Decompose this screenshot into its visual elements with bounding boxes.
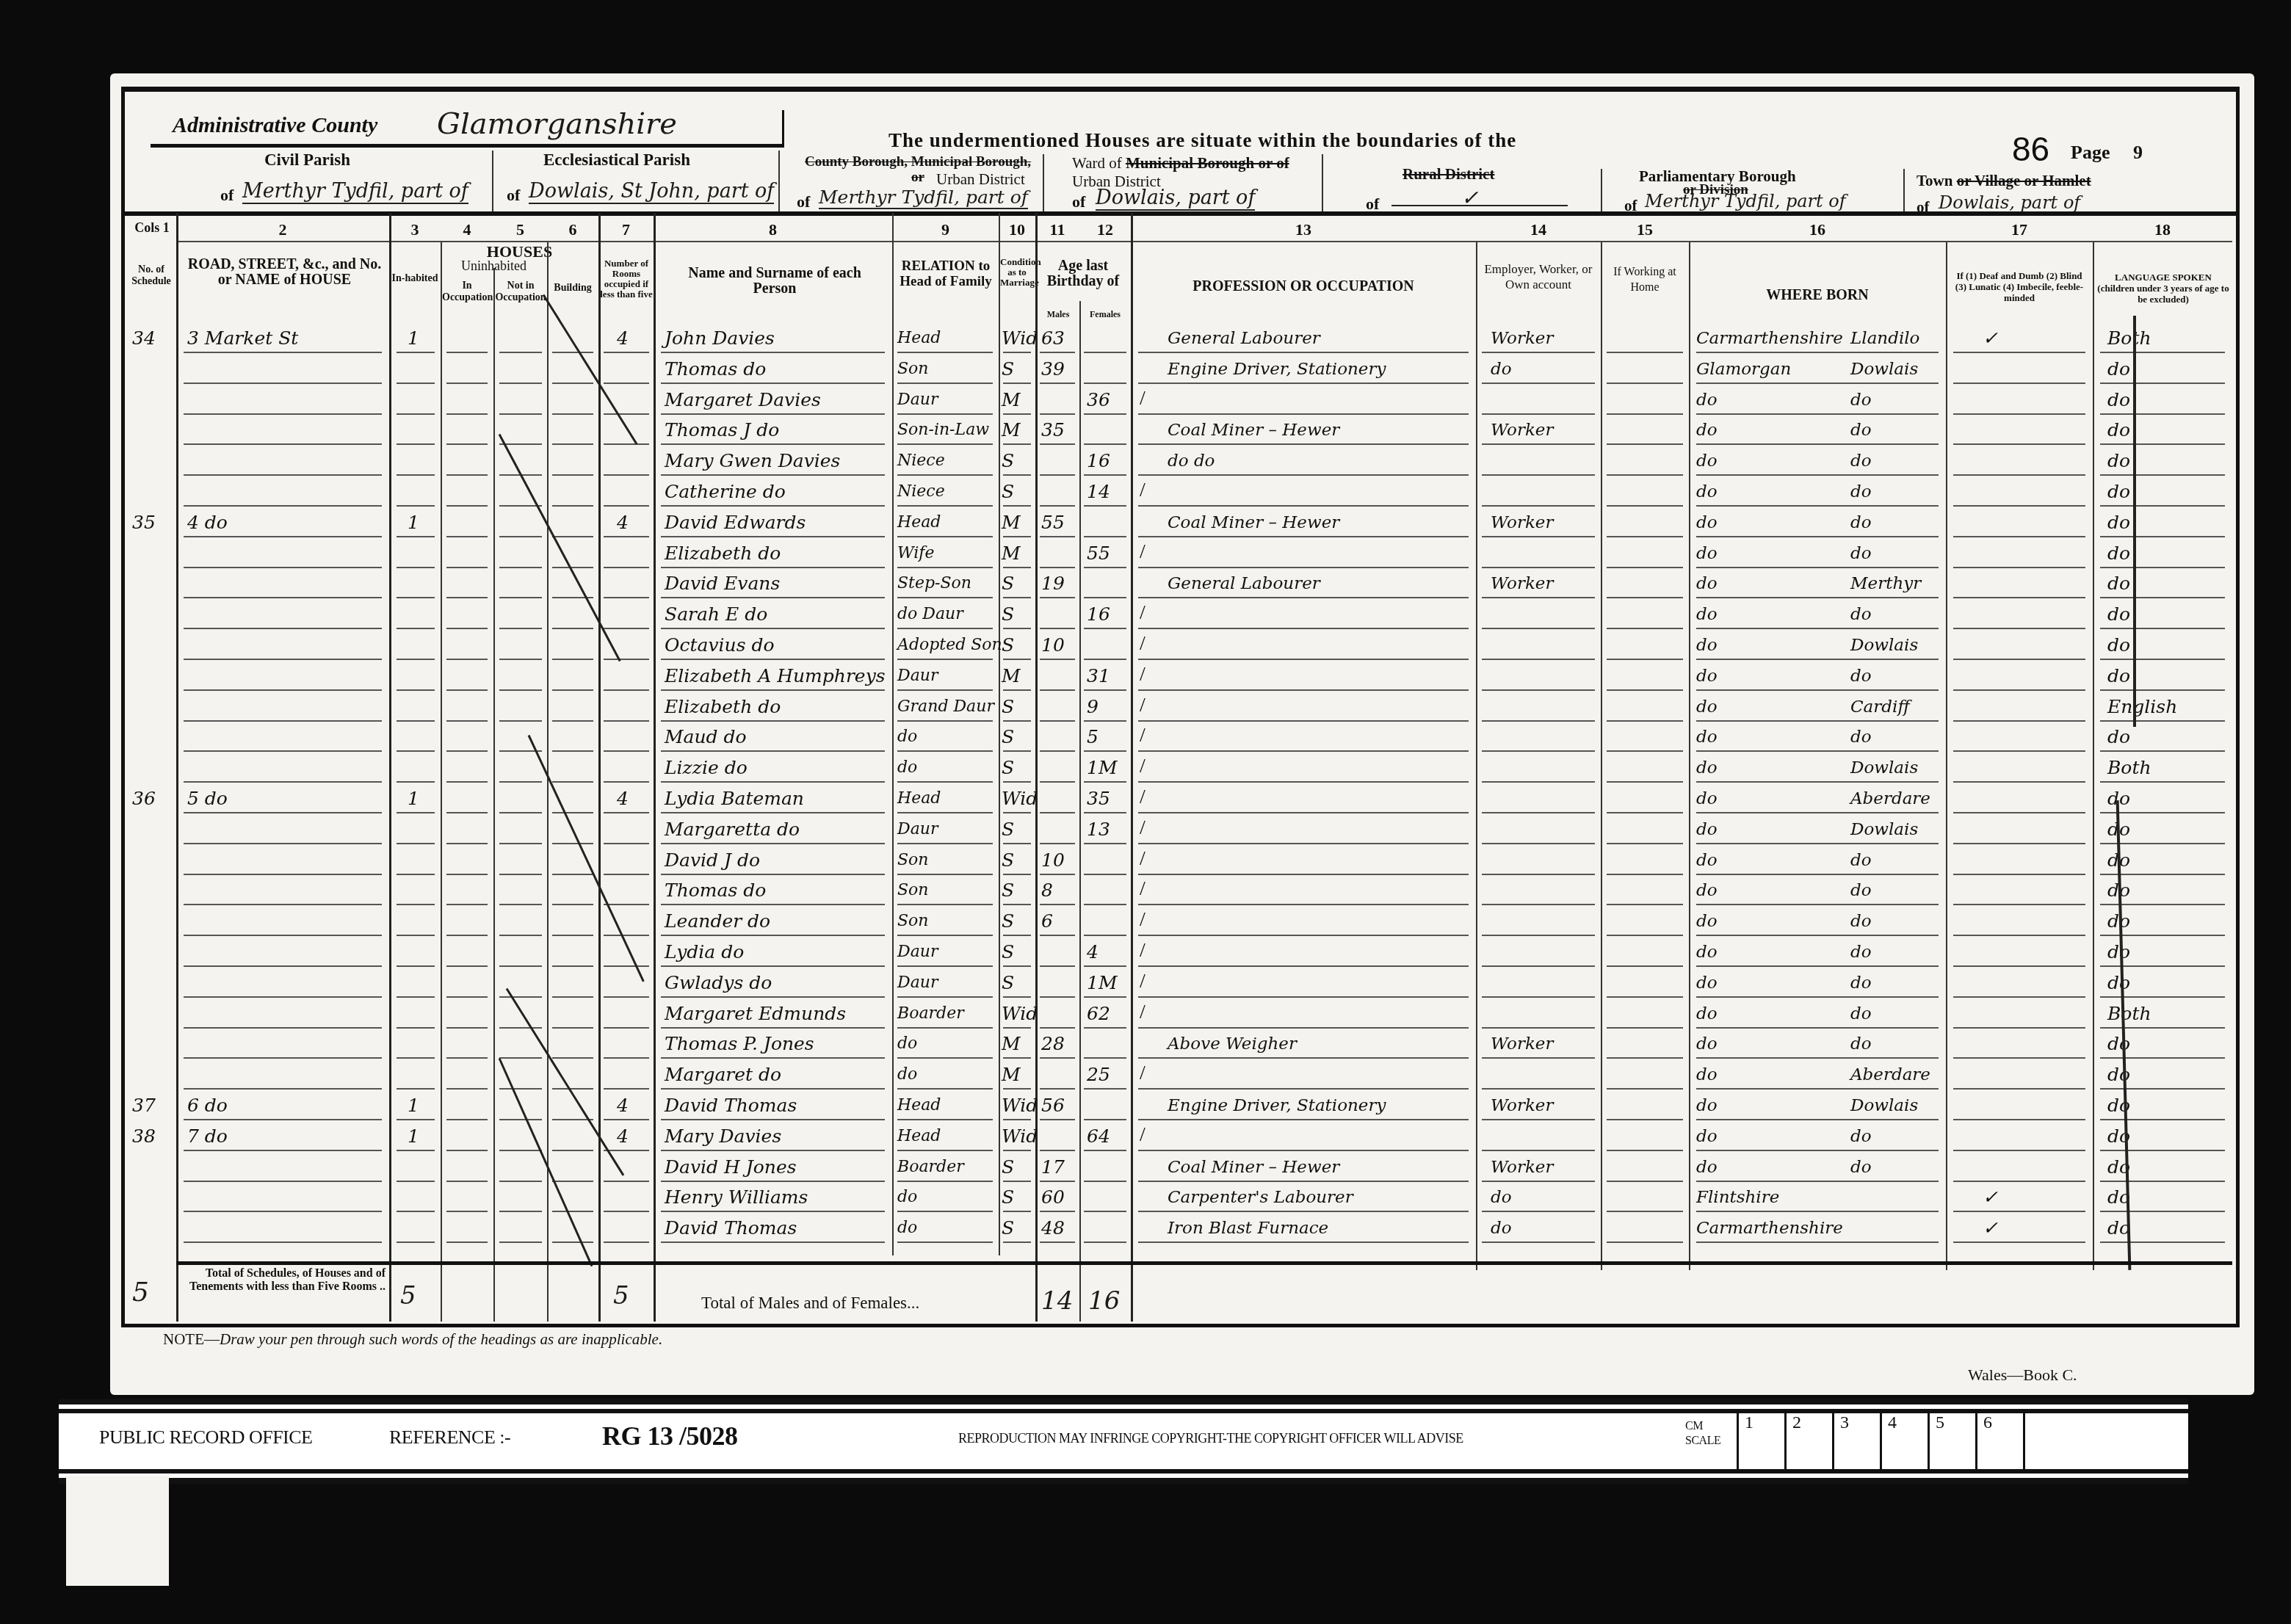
row-relation: Head: [897, 786, 941, 811]
row-age-female: 4: [1087, 940, 1099, 965]
row-rule: [1084, 781, 1126, 783]
row-rule: [604, 935, 649, 936]
row-rule: [1696, 1150, 1939, 1151]
row-employer: Worker: [1491, 326, 1553, 351]
row-rule: [1953, 597, 2085, 598]
row-name: Catherine do: [665, 479, 786, 504]
row-rule: [397, 874, 435, 875]
row-rule: [1953, 904, 2085, 905]
row-condition: S: [1002, 479, 1014, 504]
row-rule: [1482, 536, 1595, 537]
row-rule: [1084, 750, 1126, 752]
row-rule: [604, 689, 649, 691]
row-rule: [897, 843, 993, 844]
row-rule: [661, 812, 885, 813]
row-rule: [1696, 935, 1939, 936]
row-rule: [446, 812, 488, 813]
row-rule: [897, 628, 993, 629]
row-rule: [1953, 1027, 2085, 1029]
row-rule: [184, 474, 382, 476]
row-rule: [1084, 659, 1126, 660]
row-address: 7 do: [187, 1124, 228, 1149]
row-age-male: 35: [1041, 418, 1065, 443]
row-rule: [2100, 1088, 2225, 1090]
row-rooms: 4: [617, 510, 629, 535]
row-rule: [1003, 413, 1031, 415]
col-num: 13: [1131, 220, 1476, 239]
row-rule: [1084, 1119, 1126, 1120]
row-rule: [1607, 720, 1683, 722]
row-rule: [1138, 413, 1469, 415]
row-rule: [2100, 1150, 2225, 1151]
row-rule: [1953, 874, 2085, 875]
row-rule: [661, 1150, 885, 1151]
row-relation: Step-Son: [897, 571, 971, 596]
totals-schedules-label: Total of Schedules, of Houses and of Ten…: [180, 1267, 386, 1294]
row-rule: [1696, 536, 1939, 537]
row-name: Margaret Davies: [665, 388, 821, 413]
row-name: Thomas P. Jones: [665, 1032, 814, 1056]
row-rule: [499, 843, 542, 844]
row-rule: [1138, 843, 1469, 844]
row-age-male: 6: [1041, 909, 1053, 934]
row-rule: [1138, 1241, 1469, 1243]
row-born-county: do: [1696, 1155, 1718, 1180]
row-rule: [1084, 1057, 1126, 1059]
row-condition: S: [1002, 633, 1014, 658]
row-rule: [897, 383, 993, 384]
row-age-female: 64: [1087, 1124, 1110, 1149]
row-rule: [1040, 1150, 1075, 1151]
row-rule: [1138, 1211, 1469, 1212]
occupation-blank-tick: /: [1140, 386, 1145, 411]
row-occupation: Engine Driver, Stationery: [1168, 357, 1386, 382]
row-rule: [1696, 965, 1939, 967]
heading-building: Building: [549, 280, 597, 296]
row-rule: [1607, 996, 1683, 998]
row-rule: [1138, 935, 1469, 936]
row-name: Elizabeth do: [665, 541, 781, 566]
col-num: 6: [547, 220, 598, 239]
row-rule: [184, 750, 382, 752]
row-rule: [1040, 904, 1075, 905]
row-rule: [604, 965, 649, 967]
row-rule: [1003, 597, 1031, 598]
occupation-blank-tick: /: [1140, 662, 1145, 687]
row-rule: [897, 1119, 993, 1120]
row-rule: [184, 443, 382, 445]
row-age-male: 10: [1041, 633, 1065, 658]
row-born-county: do: [1696, 602, 1718, 627]
row-condition: S: [1002, 449, 1014, 474]
row-born-county: do: [1696, 909, 1718, 934]
row-age-female: 55: [1087, 541, 1110, 566]
row-occupation: Iron Blast Furnace: [1168, 1216, 1328, 1241]
row-rule: [1003, 781, 1031, 783]
row-born-place: do: [1850, 940, 1872, 965]
row-occupation: Coal Miner – Hewer: [1168, 418, 1339, 443]
row-rule: [604, 1211, 649, 1212]
row-rule: [2100, 1057, 2225, 1059]
row-rule: [1040, 1241, 1075, 1243]
col-num: 4: [441, 220, 493, 239]
row-rule: [397, 904, 435, 905]
row-rule: [1003, 1150, 1031, 1151]
row-rule: [184, 1241, 382, 1243]
table-row: David J doSonS10dododo/: [0, 845, 2107, 875]
row-rule: [1696, 1119, 1939, 1120]
row-rule: [1482, 781, 1595, 783]
row-rule: [897, 659, 993, 660]
col-num: 16: [1689, 220, 1946, 239]
row-rule: [1953, 443, 2085, 445]
scale-tick: 6: [1977, 1413, 1992, 1432]
row-age-male: 28: [1041, 1032, 1065, 1056]
row-condition: Wid: [1002, 786, 1038, 811]
row-rule: [1084, 628, 1126, 629]
row-rule: [1696, 781, 1939, 783]
row-born-place: Cardiff: [1850, 695, 1910, 719]
row-rule: [1040, 474, 1075, 476]
row-born-place: do: [1850, 1032, 1872, 1056]
row-relation: do: [897, 1185, 917, 1210]
row-rule: [446, 1088, 488, 1090]
row-language: do: [2107, 510, 2130, 535]
row-rule: [397, 536, 435, 537]
row-rule: [184, 812, 382, 813]
ecclesiastical-parish-field: Ecclesiastical Parish of Dowlais, St Joh…: [499, 151, 780, 213]
row-rule: [1138, 505, 1469, 507]
row-occupation: Engine Driver, Stationery: [1168, 1093, 1386, 1118]
row-rule: [897, 965, 993, 967]
row-rule: [1003, 843, 1031, 844]
row-rule: [397, 352, 435, 353]
row-rule: [1953, 413, 2085, 415]
row-employer: Worker: [1491, 1032, 1553, 1056]
heading-not-in-occupation: Not in Occupation: [495, 280, 546, 304]
row-rule: [1040, 597, 1075, 598]
table-row: Catherine doNieceS14dododo/: [0, 476, 2107, 507]
row-rule: [604, 628, 649, 629]
row-rule: [1003, 567, 1031, 568]
row-rule: [1953, 1150, 2085, 1151]
note: NOTE—Draw your pen through such words of…: [163, 1330, 662, 1349]
row-born-county: do: [1696, 1062, 1718, 1087]
row-rule: [1040, 996, 1075, 998]
row-relation: Boarder: [897, 1001, 964, 1026]
row-rule: [1696, 812, 1939, 813]
row-rule: [1953, 996, 2085, 998]
row-rule: [1482, 874, 1595, 875]
row-rule: [1696, 383, 1939, 384]
row-rule: [1607, 536, 1683, 537]
row-rule: [604, 750, 649, 752]
row-rule: [1953, 1119, 2085, 1120]
row-rule: [1482, 413, 1595, 415]
row-rule: [2100, 567, 2225, 568]
row-rule: [446, 1181, 488, 1182]
row-born-county: do: [1696, 1093, 1718, 1118]
row-rule: [1003, 935, 1031, 936]
row-condition: M: [1002, 388, 1021, 413]
row-condition: S: [1002, 725, 1014, 750]
row-born-county: do: [1696, 971, 1718, 996]
row-rule: [1482, 1119, 1595, 1120]
table-row: Margaretta doDaurS13doDowlaisdo/: [0, 814, 2107, 844]
table-row: Margaret EdmundsBoarderWid62dodoBoth/: [0, 998, 2107, 1029]
row-age-male: 17: [1041, 1155, 1065, 1180]
row-language: do: [2107, 388, 2130, 413]
row-rule: [397, 720, 435, 722]
row-rule: [552, 965, 593, 967]
row-rule: [446, 781, 488, 783]
row-relation: Wife: [897, 541, 934, 566]
row-language: do: [2107, 541, 2130, 566]
row-rule: [2100, 659, 2225, 660]
row-age-female: 5: [1087, 725, 1099, 750]
row-relation: Daur: [897, 388, 938, 413]
row-rule: [552, 874, 593, 875]
book-label: Wales—Book C.: [1968, 1366, 2077, 1385]
row-rule: [184, 843, 382, 844]
row-relation: do: [897, 1032, 917, 1056]
row-born-place: do: [1850, 971, 1872, 996]
occupation-blank-tick: /: [1140, 969, 1145, 994]
heading-houses-group: HOUSES: [441, 244, 598, 259]
row-relation: Adopted Son: [897, 633, 1002, 658]
occupation-blank-tick: /: [1140, 754, 1145, 779]
occupation-blank-tick: /: [1140, 540, 1145, 565]
row-rule: [552, 567, 593, 568]
row-rule: [446, 352, 488, 353]
table-row: Maud dodoS5dododo/: [0, 722, 2107, 752]
row-age-female: 14: [1087, 479, 1110, 504]
row-rule: [1003, 628, 1031, 629]
row-rule: [1696, 1057, 1939, 1059]
totals-divider: [176, 1261, 2232, 1265]
row-rule: [2100, 965, 2225, 967]
row-rule: [2100, 1211, 2225, 1212]
row-rule: [897, 1088, 993, 1090]
row-age-female: 1M: [1087, 755, 1118, 780]
row-rule: [897, 689, 993, 691]
row-rule: [1607, 443, 1683, 445]
row-age-male: 19: [1041, 571, 1065, 596]
row-schedule: 35: [132, 510, 156, 535]
row-rule: [1084, 720, 1126, 722]
table-row: Elizabeth doGrand DaurS9doCardiffEnglish…: [0, 692, 2107, 722]
row-rule: [897, 536, 993, 537]
row-rule: [499, 659, 542, 660]
row-rule: [446, 413, 488, 415]
row-rule: [397, 935, 435, 936]
row-rule: [1607, 474, 1683, 476]
row-inhabited: 1: [408, 510, 419, 535]
table-row: Thomas J doSon-in-LawM35Coal Miner – Hew…: [0, 415, 2107, 445]
row-rule: [1003, 474, 1031, 476]
row-rule: [499, 720, 542, 722]
heading-occupation: PROFESSION OR OCCUPATION: [1145, 279, 1461, 294]
totals-males-females-label: Total of Males and of Females...: [701, 1294, 919, 1313]
heading-infirmity: If (1) Deaf and Dumb (2) Blind (3) Lunat…: [1950, 270, 2088, 303]
table-row: Mary Gwen DaviesNieceS16do dodododo: [0, 446, 2107, 476]
row-rule: [661, 352, 885, 353]
row-language: do: [2107, 664, 2130, 689]
row-born-county: do: [1696, 418, 1718, 443]
row-relation: Son: [897, 909, 929, 934]
row-rule: [1084, 1027, 1126, 1029]
row-rule: [397, 474, 435, 476]
row-age-female: 13: [1087, 817, 1110, 842]
row-rule: [397, 505, 435, 507]
row-born-county: do: [1696, 1001, 1718, 1026]
row-condition: M: [1002, 418, 1021, 443]
row-rule: [499, 812, 542, 813]
row-rule: [1482, 505, 1595, 507]
row-rule: [2100, 474, 2225, 476]
row-rule: [499, 781, 542, 783]
row-rule: [1003, 720, 1031, 722]
row-rule: [1607, 904, 1683, 905]
row-rule: [661, 505, 885, 507]
row-language: do: [2107, 1032, 2130, 1056]
row-rule: [446, 1241, 488, 1243]
col-num: 18: [2093, 220, 2232, 239]
table-row: Henry WilliamsdoS60Carpenter's Labourerd…: [0, 1182, 2107, 1212]
row-rule: [604, 1119, 649, 1120]
row-rule: [2100, 1241, 2225, 1243]
row-name: Thomas do: [665, 357, 766, 382]
row-rule: [446, 1150, 488, 1151]
row-relation: Head: [897, 510, 941, 535]
row-condition: Wid: [1002, 1124, 1038, 1149]
of-prefix: of: [507, 186, 520, 205]
row-rule: [1003, 1181, 1031, 1182]
row-rule: [1040, 1027, 1075, 1029]
of-prefix: of: [1072, 192, 1085, 211]
row-inhabited: 1: [408, 326, 419, 351]
row-rule: [1040, 965, 1075, 967]
row-name: David J do: [665, 848, 760, 873]
row-relation: Grand Daur: [897, 695, 994, 719]
row-rule: [1003, 352, 1031, 353]
row-condition: S: [1002, 909, 1014, 934]
row-born-county: do: [1696, 664, 1718, 689]
parliamentary-borough-field: Parliamentary Borough or Division of Mer…: [1601, 169, 1905, 213]
row-rule: [897, 781, 993, 783]
town-struck-label: or Village or Hamlet: [1957, 172, 2091, 189]
row-rule: [1138, 689, 1469, 691]
row-rule: [184, 413, 382, 415]
row-born-place: do: [1850, 479, 1872, 504]
row-rule: [661, 1057, 885, 1059]
row-rule: [446, 474, 488, 476]
row-rule: [1696, 904, 1939, 905]
row-rule: [1084, 1088, 1126, 1090]
row-relation: do Daur: [897, 602, 963, 627]
row-born-county: do: [1696, 571, 1718, 596]
row-rule: [499, 383, 542, 384]
row-rule: [1084, 1211, 1126, 1212]
row-born-place: do: [1850, 664, 1872, 689]
row-rule: [1482, 935, 1595, 936]
row-rule: [604, 1088, 649, 1090]
row-name: Margaret Edmunds: [665, 1001, 846, 1026]
row-rule: [1138, 352, 1469, 353]
heading-address: ROAD, STREET, &c., and No. or NAME of HO…: [184, 257, 386, 288]
row-rule: [897, 505, 993, 507]
row-schedule: 36: [132, 786, 156, 811]
row-rule: [1003, 750, 1031, 752]
row-relation: Daur: [897, 817, 938, 842]
row-born-county: Carmarthenshire: [1696, 1216, 1843, 1241]
row-rule: [1696, 1088, 1939, 1090]
row-condition: S: [1002, 695, 1014, 719]
row-rule: [604, 1181, 649, 1182]
row-rule: [1607, 1057, 1683, 1059]
row-rule: [499, 413, 542, 415]
folio-number: 86: [2012, 129, 2049, 169]
row-rule: [661, 904, 885, 905]
row-born-place: Aberdare: [1850, 786, 1930, 811]
row-rule: [1953, 689, 2085, 691]
row-rule: [1953, 567, 2085, 568]
row-rule: [552, 1027, 593, 1029]
row-rule: [661, 443, 885, 445]
row-rule: [604, 413, 649, 415]
heading-inhabited: In-habited: [391, 273, 439, 285]
row-rule: [1607, 1241, 1683, 1243]
row-rule: [1138, 597, 1469, 598]
row-rule: [1040, 443, 1075, 445]
row-rule: [1482, 1027, 1595, 1029]
row-rule: [499, 1181, 542, 1182]
row-rule: [184, 1150, 382, 1151]
reference-label: REFERENCE :-: [389, 1427, 510, 1449]
row-rule: [446, 567, 488, 568]
table-row: Elizabeth doWifeM55dododo/: [0, 538, 2107, 568]
heading-working-at-home: If Working at Home: [1604, 264, 1686, 295]
table-row: Margaret DaviesDaurM36dododo/: [0, 385, 2107, 415]
row-rule: [446, 904, 488, 905]
row-rule: [397, 1241, 435, 1243]
row-rule: [397, 996, 435, 998]
row-rule: [552, 812, 593, 813]
row-born-county: do: [1696, 449, 1718, 474]
row-rule: [2100, 750, 2225, 752]
row-name: David Edwards: [665, 510, 806, 535]
row-rule: [1953, 1181, 2085, 1182]
occupation-blank-tick: /: [1140, 478, 1145, 503]
occupation-blank-tick: /: [1140, 938, 1145, 963]
row-rule: [1607, 1150, 1683, 1151]
row-condition: S: [1002, 755, 1014, 780]
row-rule: [1138, 659, 1469, 660]
row-rule: [1040, 689, 1075, 691]
row-rule: [499, 628, 542, 629]
colnum-divider: [176, 241, 2232, 242]
row-rule: [1138, 1119, 1469, 1120]
row-rule: [897, 750, 993, 752]
row-rule: [499, 689, 542, 691]
row-rule: [897, 935, 993, 936]
row-born-place: do: [1850, 510, 1872, 535]
row-name: Henry Williams: [665, 1185, 808, 1210]
heading-relation: RELATION to Head of Family: [894, 258, 997, 289]
row-rule: [1607, 413, 1683, 415]
row-age-female: 62: [1087, 1001, 1110, 1026]
row-rule: [1607, 1181, 1683, 1182]
